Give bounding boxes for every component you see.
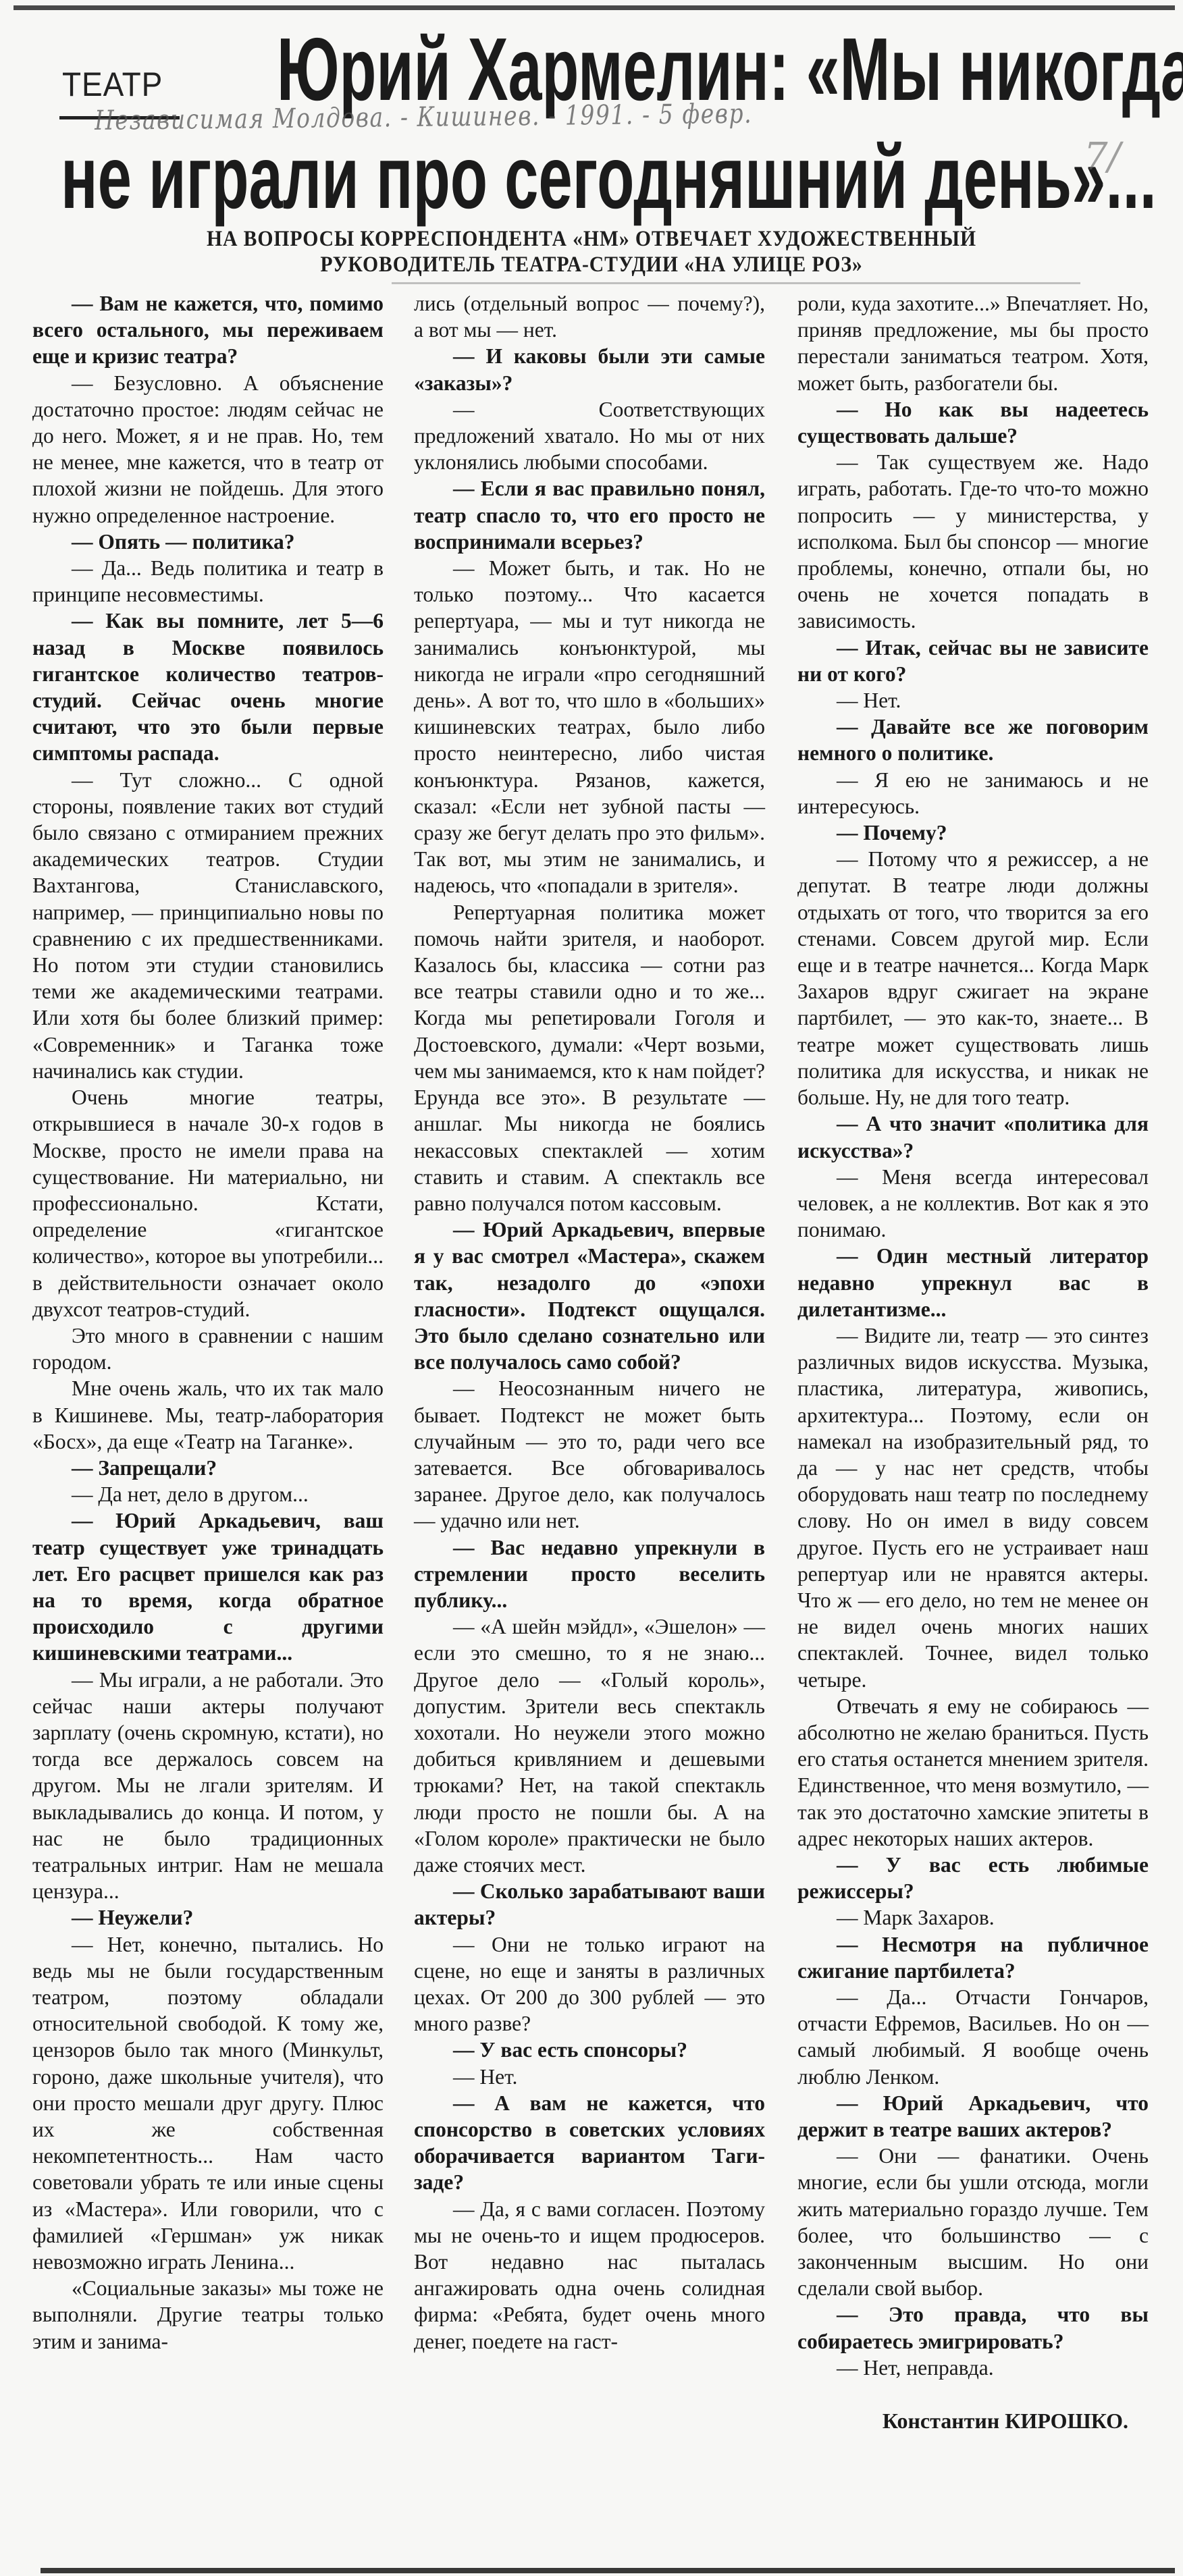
- interview-answer: — Нет.: [797, 687, 1149, 714]
- interview-question: — Юрий Аркадьевич, впервые я у вас смотр…: [414, 1216, 765, 1375]
- article-column-2: лись (отдельный вопрос — почему?), а вот…: [414, 290, 765, 2355]
- section-rubric: ТЕАТР: [62, 65, 163, 104]
- interview-answer: — Безусловно. А объяснение достаточно пр…: [32, 370, 384, 529]
- interview-question: — Давайте все же поговорим немного о пол…: [797, 714, 1149, 766]
- interview-answer: — Потому что я режиссер, а не депутат. В…: [797, 846, 1149, 1110]
- interview-question: — Вас недавно упрекнули в стремлении про…: [414, 1534, 765, 1614]
- subheadline-line-2: РУКОВОДИТЕЛЬ ТЕАТРА-СТУДИИ «НА УЛИЦЕ РОЗ…: [59, 252, 1124, 277]
- handwritten-mark: 7/: [1084, 135, 1121, 179]
- subheadline-line-1: НА ВОПРОСЫ КОРРЕСПОНДЕНТА «НМ» ОТВЕЧАЕТ …: [59, 226, 1124, 252]
- interview-question: — Это правда, что вы собираетесь эмигрир…: [797, 2301, 1149, 2354]
- interview-answer: Очень многие театры, открывшиеся в начал…: [32, 1084, 384, 1322]
- interview-answer: Отвечать я ему не собираюсь — абсолютно …: [797, 1693, 1149, 1852]
- interview-answer: — Соответствующих предложений хватало. Н…: [414, 396, 765, 476]
- interview-answer: — Видите ли, театр — это синтез различны…: [797, 1322, 1149, 1693]
- interview-question: — У вас есть любимые режиссеры?: [797, 1852, 1149, 1904]
- interview-answer: — Так существуем же. Надо играть, работа…: [797, 449, 1149, 634]
- subheadline: НА ВОПРОСЫ КОРРЕСПОНДЕНТА «НМ» ОТВЕЧАЕТ …: [0, 226, 1183, 277]
- interview-answer: роли, куда захотите...» Впечатляет. Но, …: [797, 290, 1149, 396]
- interview-answer: лись (отдельный вопрос — почему?), а вот…: [414, 290, 765, 343]
- interview-question: — Если я вас правильно понял, театр спас…: [414, 475, 765, 555]
- interview-answer: «Социальные заказы» мы тоже не выполняли…: [32, 2275, 384, 2355]
- interview-question: — Итак, сейчас вы не зависите ни от кого…: [797, 635, 1149, 687]
- interview-question: — Опять — политика?: [32, 529, 384, 555]
- interview-answer: — Я ею не занимаюсь и не интересуюсь.: [797, 767, 1149, 820]
- interview-question: — Почему?: [797, 820, 1149, 846]
- interview-question: — Юрий Аркадьевич, ваш театр существует …: [32, 1507, 384, 1666]
- interview-answer: — Нет, конечно, пытались. Но ведь мы не …: [32, 1931, 384, 2276]
- interview-question: — И каковы были эти самые «заказы»?: [414, 343, 765, 396]
- interview-question: — Как вы помните, лет 5—6 назад в Москве…: [32, 608, 384, 766]
- interview-question: — Несмотря на публичное сжигание партбил…: [797, 1931, 1149, 1984]
- interview-answer: — Нет, неправда.: [797, 2355, 1149, 2381]
- interview-answer: — Да... Ведь политика и театр в принципе…: [32, 555, 384, 608]
- interview-question: — А вам не кажется, что спонсорство в со…: [414, 2090, 765, 2196]
- interview-answer: — Меня всегда интересовал человек, а не …: [797, 1164, 1149, 1243]
- interview-answer: — Они — фанатики. Очень многие, если бы …: [797, 2143, 1149, 2301]
- interview-answer: Мне очень жаль, что их так мало в Кишине…: [32, 1375, 384, 1455]
- interview-answer: — Марк Захаров.: [797, 1904, 1149, 1931]
- interview-question: — У вас есть спонсоры?: [414, 2037, 765, 2063]
- author-signature: Константин КИРОШКО.: [797, 2408, 1149, 2434]
- interview-answer: — Да, я с вами согласен. Поэтому мы не о…: [414, 2196, 765, 2355]
- bottom-rule: [41, 2568, 1175, 2573]
- top-rule: [14, 5, 1175, 10]
- interview-answer: — Нет.: [414, 2064, 765, 2090]
- interview-question: — Юрий Аркадьевич, что держит в театре в…: [797, 2090, 1149, 2143]
- interview-question: — Неужели?: [32, 1904, 384, 1931]
- interview-answer: Репертуарная политика может помочь найти…: [414, 899, 765, 1216]
- interview-answer: — Неосознанным ничего не бывает. Подтекс…: [414, 1375, 765, 1534]
- interview-answer: — Тут сложно... С одной стороны, появлен…: [32, 767, 384, 1084]
- article-column-1: — Вам не кажется, что, помимо всего оста…: [32, 290, 384, 2355]
- article-column-3: роли, куда захотите...» Впечатляет. Но, …: [797, 290, 1149, 2434]
- interview-question: — Но как вы надеетесь существовать дальш…: [797, 396, 1149, 449]
- interview-answer: Это много в сравнении с нашим городом.: [32, 1322, 384, 1375]
- interview-answer: — Может быть, и так. Но не только поэтом…: [414, 555, 765, 899]
- interview-answer: — Да... Отчасти Гончаров, отчасти Ефремо…: [797, 1984, 1149, 2090]
- interview-question: — Сколько зарабатывают ваши актеры?: [414, 1878, 765, 1931]
- interview-question: — Один местный литератор недавно упрекну…: [797, 1243, 1149, 1322]
- interview-answer: — «А шейн мэйдл», «Эшелон» — если это см…: [414, 1613, 765, 1878]
- interview-question: — Вам не кажется, что, помимо всего оста…: [32, 290, 384, 370]
- interview-answer: — Они не только играют на сцене, но еще …: [414, 1931, 765, 2037]
- interview-question: — Запрещали?: [32, 1455, 384, 1481]
- interview-question: — А что значит «политика для искусства»?: [797, 1110, 1149, 1163]
- subhead-rule: [392, 282, 1080, 284]
- interview-answer: — Мы играли, а не работали. Это сейчас н…: [32, 1667, 384, 1905]
- headline-line-2: не играли про сегодняшний день»...: [61, 127, 1157, 228]
- interview-answer: — Да нет, дело в другом...: [32, 1481, 384, 1507]
